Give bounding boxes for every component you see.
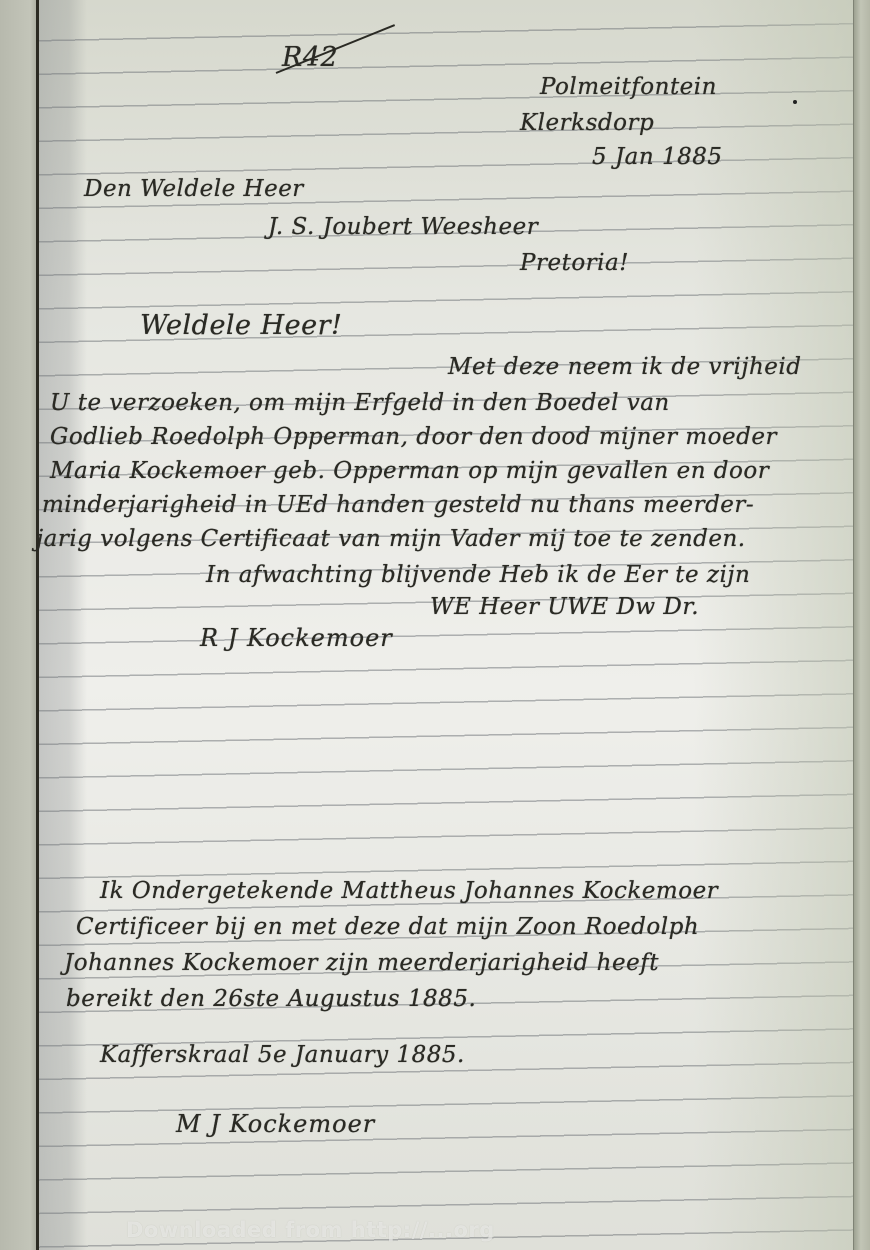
facing-page-edge (0, 0, 38, 1250)
body-line: Godlieb Roedolph Opperman, door den dood… (50, 424, 777, 450)
body-line: U te verzoeken, om mijn Erfgeld in den B… (50, 390, 670, 416)
body-line: Maria Kockemoer geb. Opperman op mijn ge… (50, 458, 769, 484)
signature-father: M J Kockemoer (176, 1110, 375, 1138)
certificate-line: Ik Ondergetekende Mattheus Johannes Kock… (100, 878, 718, 904)
page-stack-edge (853, 0, 870, 1250)
certificate-line: Johannes Kockemoer zijn meerderjarigheid… (64, 950, 659, 976)
header-date: 5 Jan 1885 (592, 144, 723, 170)
signature-sender: R J Kockemoer (200, 624, 393, 652)
closing-line: In afwachting blijvende Heb ik de Eer te… (206, 562, 750, 588)
certificate-line: bereikt den 26ste Augustus 1885. (66, 986, 476, 1012)
body-line: minderjarigheid in UEd handen gesteld nu… (42, 492, 754, 518)
body-line: Met deze neem ik de vrijheid (448, 354, 801, 380)
addressee-city: Pretoria! (520, 250, 629, 276)
closing-honorific: WE Heer UWE Dw Dr. (430, 594, 699, 620)
greeting: Weldele Heer! (140, 310, 342, 341)
certificate-place-date: Kafferskraal 5e January 1885. (100, 1042, 465, 1068)
addressee-name: J. S. Joubert Weesheer (268, 214, 538, 240)
addressee-salutation: Den Weldele Heer (84, 176, 304, 202)
header-place-line-1: Polmeitfontein (540, 74, 717, 100)
download-watermark: Downloaded from http://...org (126, 1218, 495, 1242)
ink-dot (793, 100, 797, 104)
header-place-line-2: Klerksdorp (520, 110, 654, 136)
body-line: jarig volgens Certificaat van mijn Vader… (36, 526, 746, 552)
certificate-line: Certificeer bij en met deze dat mijn Zoo… (76, 914, 699, 940)
